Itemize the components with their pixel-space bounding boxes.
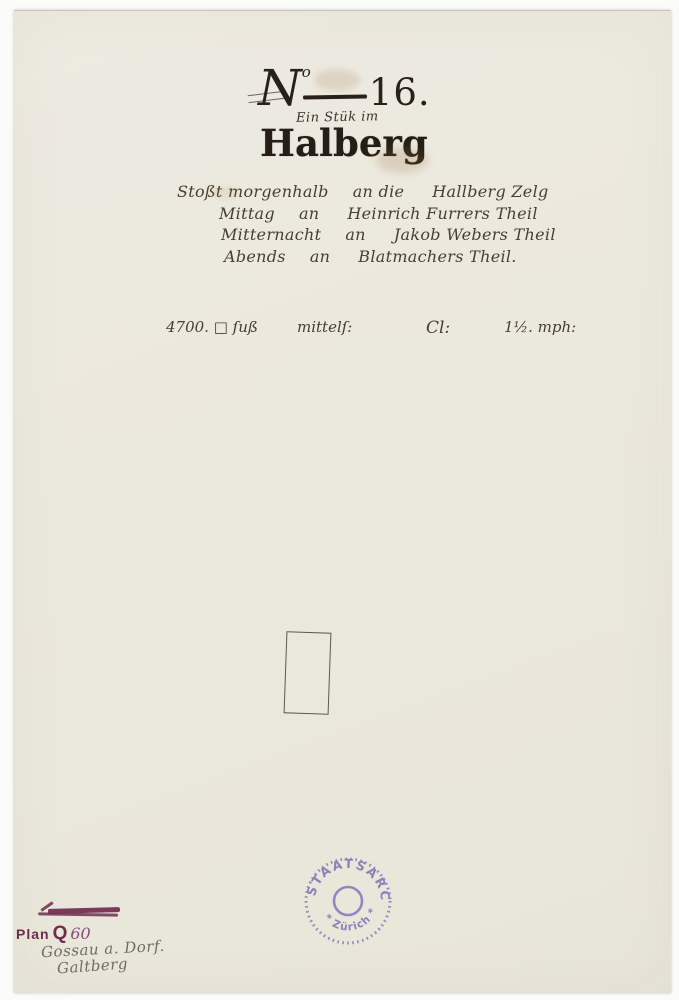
boundary-line-north: MitternachtanJakob Webers Theil: [221, 225, 556, 244]
boundary-direction: Mitternacht: [221, 225, 321, 244]
svg-text:STAATSARCHIV: STAATSARCHIV: [295, 848, 393, 903]
boundary-direction: Stoßt morgenhalb: [177, 182, 329, 201]
document-number: 16.: [369, 71, 431, 114]
struck-out-text: [38, 905, 124, 919]
boundary-neighbor: Blatmachers Theil.: [358, 247, 516, 266]
document-paper: No16. Ein Stük im Halberg Stoßt morgenha…: [14, 10, 671, 993]
numero-underline: [303, 94, 367, 99]
boundary-neighbor: Hallberg Zelg: [432, 182, 548, 201]
parcel-sketch-rectangle: [284, 631, 332, 715]
archive-stamp: STAATSARCHIV * Zürich *: [295, 848, 401, 954]
rate-value: 1½. mph:: [504, 318, 576, 336]
boundary-neighbor: Jakob Webers Theil: [394, 225, 556, 244]
stamp-arc-bottom-text: * Zürich *: [321, 906, 379, 934]
numero-superscript: o: [302, 63, 311, 81]
boundary-line-west: AbendsanBlatmachers Theil.: [224, 247, 517, 266]
boundary-direction: Abends: [224, 247, 286, 266]
class-abbreviation: Cl:: [426, 318, 450, 338]
numero-letter: N: [258, 59, 300, 117]
plan-letter: Q: [53, 923, 68, 944]
stamp-inner-circle: [334, 887, 362, 915]
boundary-preposition: an: [310, 247, 330, 266]
document-number-line: No16.: [258, 59, 431, 117]
document-title: Halberg: [260, 121, 428, 165]
boundary-preposition: an: [299, 204, 319, 223]
strike-bar: [38, 912, 118, 916]
plan-label: Plan: [16, 926, 50, 942]
boundary-direction: Mittag: [219, 204, 275, 223]
boundary-line-south: MittaganHeinrich Furrers Theil: [219, 204, 538, 223]
boundary-neighbor: Heinrich Furrers Theil: [347, 204, 537, 223]
pencil-note-fieldname: Galtberg: [56, 955, 128, 978]
measurement-line: 4700. □ ſuß mittelſ: Cl: 1½. mph:: [14, 318, 671, 344]
area-value: 4700. □ ſuß: [166, 318, 258, 336]
quality-note: mittelſ:: [297, 318, 352, 336]
boundary-preposition: an die: [353, 182, 405, 201]
boundary-line-east: Stoßt morgenhalban dieHallberg Zelg: [177, 182, 549, 201]
svg-text:* Zürich *: * Zürich *: [321, 906, 379, 934]
stamp-arc-top-text: STAATSARCHIV: [295, 848, 393, 903]
boundary-preposition: an: [345, 225, 365, 244]
